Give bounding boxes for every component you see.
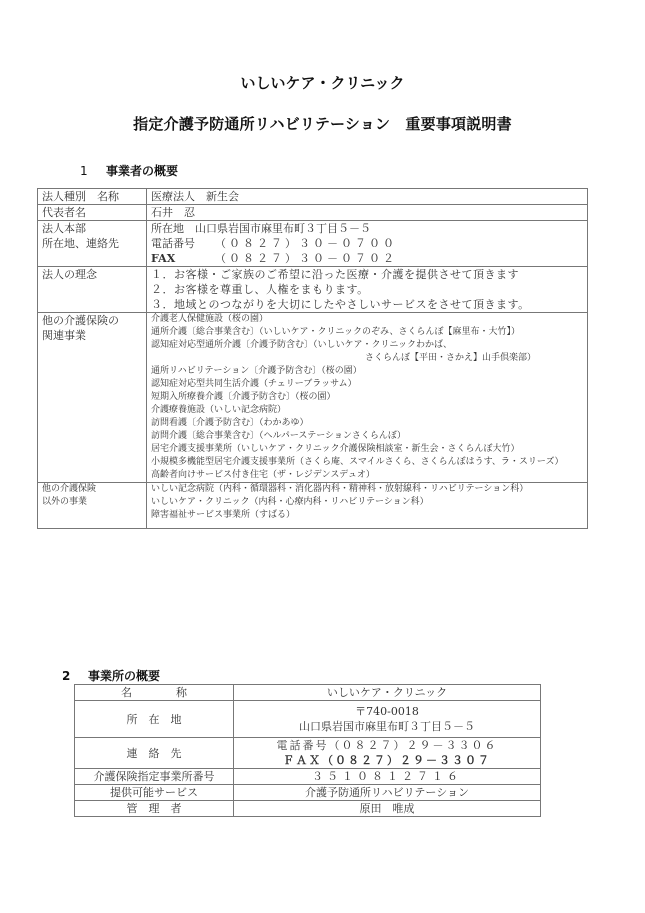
section1-title: 事業者の概要 — [106, 164, 178, 178]
office-location-value: 〒740-0018 山口県岩国市麻里布町３丁目５－５ — [234, 701, 541, 738]
section2-number: 2 — [62, 669, 88, 683]
table-row: 法人種別 名称 医療法人 新生会 — [38, 189, 588, 205]
clinic-name-title: いしいケア・クリニック — [0, 72, 645, 93]
corp-type-value: 医療法人 新生会 — [147, 189, 588, 205]
office-postal-code: 〒740-0018 — [238, 704, 536, 719]
philosophy-item: ３．地域とのつながりを大切にしたやさしいサービスをさせて頂きます。 — [151, 297, 583, 312]
office-location-label: 所 在 地 — [75, 701, 234, 738]
table-row: 所 在 地 〒740-0018 山口県岩国市麻里布町３丁目５－５ — [75, 701, 541, 738]
non-care-label-line2: 以外の事業 — [42, 496, 142, 509]
non-care-label: 他の介護保険 以外の事業 — [38, 483, 147, 529]
table-row: 名 称 いしいケア・クリニック — [75, 685, 541, 701]
hq-value: 所在地 山口県岩国市麻里布町３丁目５－５ 電話番号（０８２７）３０－０７００ F… — [147, 221, 588, 267]
hq-label-line2: 所在地、連絡先 — [42, 236, 142, 251]
list-item: 通所介護〔総合事業含む〕（いしいケア・クリニックのぞみ、さくらんぼ【麻里布・大竹… — [151, 326, 583, 339]
table-row: 管 理 者 原田 唯成 — [75, 801, 541, 817]
designation-number-label: 介護保険指定事業所番号 — [75, 769, 234, 785]
list-item: いしいケア・クリニック（内科・心療内科・リハビリテーション科） — [151, 496, 583, 509]
list-item: 高齢者向けサービス付き住宅（ザ・レジデンスデュオ） — [151, 469, 583, 482]
services-value: 介護予防通所リハビリテーション — [234, 785, 541, 801]
document-title: 指定介護予防通所リハビリテーション 重要事項説明書 — [0, 113, 645, 134]
corp-type-label: 法人種別 名称 — [38, 189, 147, 205]
office-contact-value: 電話番号（０８２７）２９－３３０６ ＦＡＸ（０８２７）２９－３３０７ — [234, 738, 541, 769]
list-item: 居宅介護支援事業所（いしいケア・クリニック介護保険相談室・新生会・さくらんぼ大竹… — [151, 443, 583, 456]
hq-label: 法人本部 所在地、連絡先 — [38, 221, 147, 267]
non-care-label-line1: 他の介護保険 — [42, 483, 142, 496]
list-item: 認知症対応型共同生活介護（チェリーブラッサム） — [151, 378, 583, 391]
representative-label: 代表者名 — [38, 205, 147, 221]
section1-heading: 1事業者の概要 — [80, 162, 178, 179]
list-item: 訪問介護〔総合事業含む〕（ヘルパーステーションさくらんぼ） — [151, 430, 583, 443]
philosophy-item: １．お客様・ご家族のご希望に沿った医療・介護を提供させて頂きます — [151, 267, 583, 282]
hq-fax-line: FAX（０８２７）３０－０７０２ — [151, 251, 583, 266]
hq-phone: （０８２７）３０－０７００ — [215, 237, 397, 250]
business-operator-table: 法人種別 名称 医療法人 新生会 代表者名 石井 忍 法人本部 所在地、連絡先 … — [37, 188, 588, 529]
list-item: 短期入所療養介護〔介護予防含む〕（桜の園） — [151, 391, 583, 404]
table-row: 代表者名 石井 忍 — [38, 205, 588, 221]
list-item: 訪問看護〔介護予防含む〕（わかあゆ） — [151, 417, 583, 430]
hq-phone-label: 電話番号 — [151, 236, 215, 251]
table-row: 他の介護保険の 関連事業 介護老人保健施設（桜の園） 通所介護〔総合事業含む〕（… — [38, 313, 588, 483]
office-fax: ＦＡＸ（０８２７）２９－３３０７ — [238, 753, 536, 768]
philosophy-label: 法人の理念 — [38, 267, 147, 313]
office-contact-label: 連 絡 先 — [75, 738, 234, 769]
hq-fax-label: FAX — [151, 251, 215, 266]
table-row: 提供可能サービス 介護予防通所リハビリテーション — [75, 785, 541, 801]
list-item: 障害福祉サービス事業所（すばる） — [151, 509, 583, 522]
section1-number: 1 — [80, 164, 106, 178]
list-item-continuation: さくらんぼ【平田・さかえ】山手倶楽部） — [151, 352, 583, 365]
related-care-label: 他の介護保険の 関連事業 — [38, 313, 147, 483]
table-row: 介護保険指定事業所番号 ３５１０８１２７１６ — [75, 769, 541, 785]
representative-value: 石井 忍 — [147, 205, 588, 221]
hq-address: 所在地 山口県岩国市麻里布町３丁目５－５ — [151, 221, 583, 236]
table-row: 連 絡 先 電話番号（０８２７）２９－３３０６ ＦＡＸ（０８２７）２９－３３０７ — [75, 738, 541, 769]
list-item: いしい記念病院（内科・循環器科・消化器内科・精神科・放射線科・リハビリテーション… — [151, 483, 583, 496]
services-label: 提供可能サービス — [75, 785, 234, 801]
hq-label-line1: 法人本部 — [42, 221, 142, 236]
list-item: 通所リハビリテーション〔介護予防含む〕（桜の園） — [151, 365, 583, 378]
office-name-label: 名 称 — [75, 685, 234, 701]
related-care-label-line2: 関連事業 — [42, 328, 142, 343]
office-phone: 電話番号（０８２７）２９－３３０６ — [238, 738, 536, 753]
office-name-value: いしいケア・クリニック — [234, 685, 541, 701]
list-item: 認知症対応型通所介護〔介護予防含む〕（いしいケア・クリニックわかば、 — [151, 339, 583, 352]
related-care-list: 介護老人保健施設（桜の園） 通所介護〔総合事業含む〕（いしいケア・クリニックのぞ… — [147, 313, 588, 483]
manager-value: 原田 唯成 — [234, 801, 541, 817]
office-address: 山口県岩国市麻里布町３丁目５－５ — [238, 719, 536, 734]
designation-number-value: ３５１０８１２７１６ — [234, 769, 541, 785]
hq-fax: （０８２７）３０－０７０２ — [215, 252, 397, 265]
list-item: 介護老人保健施設（桜の園） — [151, 313, 583, 326]
list-item: 介護療養施設（いしい記念病院） — [151, 404, 583, 417]
section2-title: 事業所の概要 — [88, 669, 160, 683]
table-row: 法人の理念 １．お客様・ご家族のご希望に沿った医療・介護を提供させて頂きます ２… — [38, 267, 588, 313]
related-care-label-line1: 他の介護保険の — [42, 313, 142, 328]
table-row: 他の介護保険 以外の事業 いしい記念病院（内科・循環器科・消化器内科・精神科・放… — [38, 483, 588, 529]
manager-label: 管 理 者 — [75, 801, 234, 817]
non-care-list: いしい記念病院（内科・循環器科・消化器内科・精神科・放射線科・リハビリテーション… — [147, 483, 588, 529]
hq-phone-line: 電話番号（０８２７）３０－０７００ — [151, 236, 583, 251]
office-overview-table: 名 称 いしいケア・クリニック 所 在 地 〒740-0018 山口県岩国市麻里… — [74, 684, 541, 817]
table-row: 法人本部 所在地、連絡先 所在地 山口県岩国市麻里布町３丁目５－５ 電話番号（０… — [38, 221, 588, 267]
list-item: 小規模多機能型居宅介護支援事業所（さくら庵、スマイルさくら、さくらんぼはうす、ラ… — [151, 456, 583, 469]
philosophy-item: ２．お客様を尊重し、人権をまもります。 — [151, 282, 583, 297]
section2-heading: 2事業所の概要 — [62, 667, 160, 684]
philosophy-value: １．お客様・ご家族のご希望に沿った医療・介護を提供させて頂きます ２．お客様を尊… — [147, 267, 588, 313]
